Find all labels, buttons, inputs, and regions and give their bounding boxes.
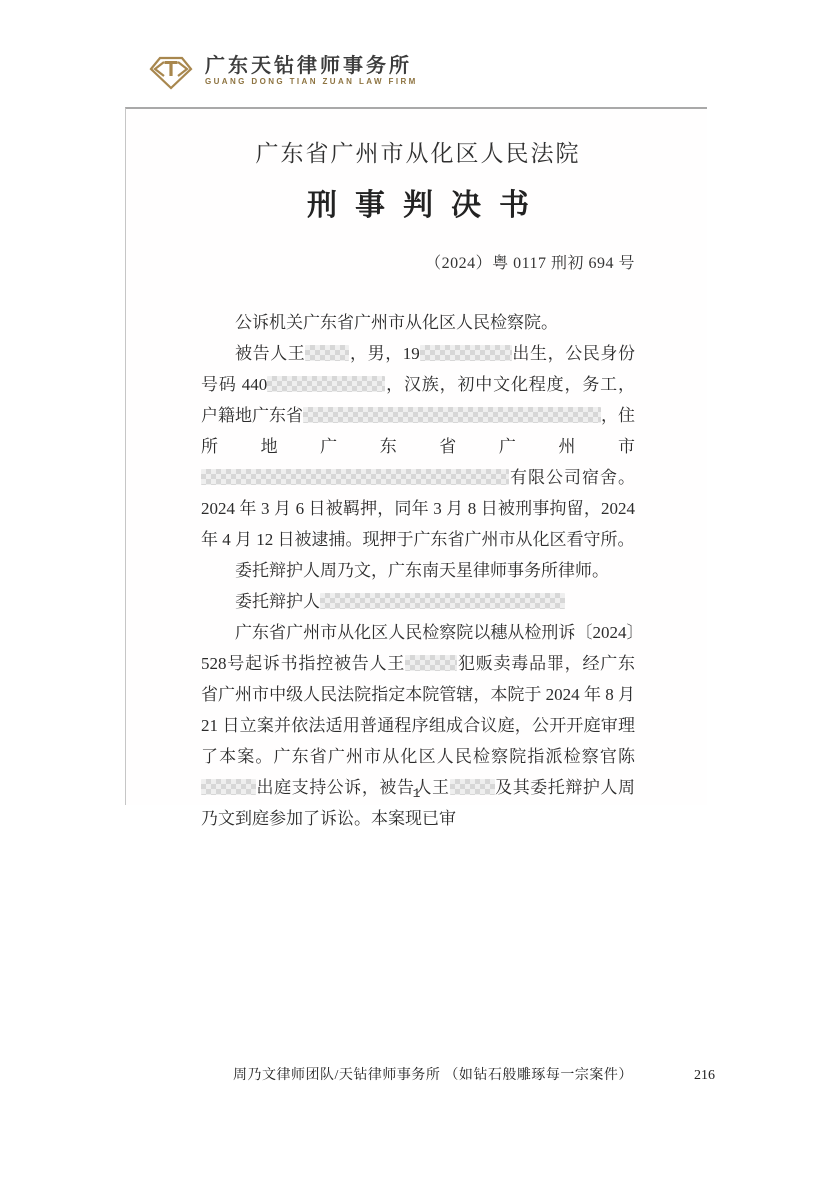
paragraph: 广东省广州市从化区人民检察院以穗从检刑诉〔2024〕528号起诉书指控被告人王犯… bbox=[201, 617, 635, 834]
brand-name-cn: 广东天钻律师事务所 bbox=[205, 55, 418, 77]
court-name-heading: 广东省广州市从化区人民法院 bbox=[201, 135, 635, 168]
paragraph: 被告人王，男，19出生，公民身份号码 440，汉族，初中文化程度，务工，户籍地广… bbox=[201, 338, 635, 555]
scanned-document-page: 广东省广州市从化区人民法院 刑事判决书 （2024）粤 0117 刑初 694 … bbox=[125, 107, 707, 805]
brand-text: 广东天钻律师事务所 GUANG DONG TIAN ZUAN LAW FIRM bbox=[205, 55, 418, 87]
document-title: 刑事判决书 bbox=[201, 180, 635, 224]
redacted-text bbox=[303, 407, 601, 423]
footer-team-label: 周乃文律师团队/天钻律师事务所 （如钻石般雕琢每一宗案件） bbox=[233, 1064, 633, 1084]
case-number: （2024）粤 0117 刑初 694 号 bbox=[201, 250, 635, 273]
document-body: 公诉机关广东省广州市从化区人民检察院。被告人王，男，19出生，公民身份号码 44… bbox=[201, 307, 635, 834]
redacted-text bbox=[405, 655, 457, 671]
paragraph: 委托辩护人周乃文，广东南天星律师事务所律师。 bbox=[201, 555, 635, 586]
letterhead: 广东天钻律师事务所 GUANG DONG TIAN ZUAN LAW FIRM bbox=[145, 50, 418, 92]
paragraph: 公诉机关广东省广州市从化区人民检察院。 bbox=[201, 307, 635, 338]
redacted-text bbox=[305, 345, 349, 361]
redacted-text bbox=[201, 469, 509, 485]
redacted-text bbox=[420, 345, 512, 361]
paragraph: 委托辩护人 bbox=[201, 586, 635, 617]
footer: 周乃文律师团队/天钻律师事务所 （如钻石般雕琢每一宗案件） 216 bbox=[0, 1064, 833, 1084]
redacted-text bbox=[320, 593, 565, 609]
diamond-gem-logo-icon bbox=[145, 50, 197, 92]
redacted-text bbox=[267, 376, 385, 392]
brand-name-en: GUANG DONG TIAN ZUAN LAW FIRM bbox=[205, 77, 418, 87]
footer-page-label: 216 bbox=[694, 1068, 715, 1084]
document-page-number: 1 bbox=[126, 786, 707, 801]
